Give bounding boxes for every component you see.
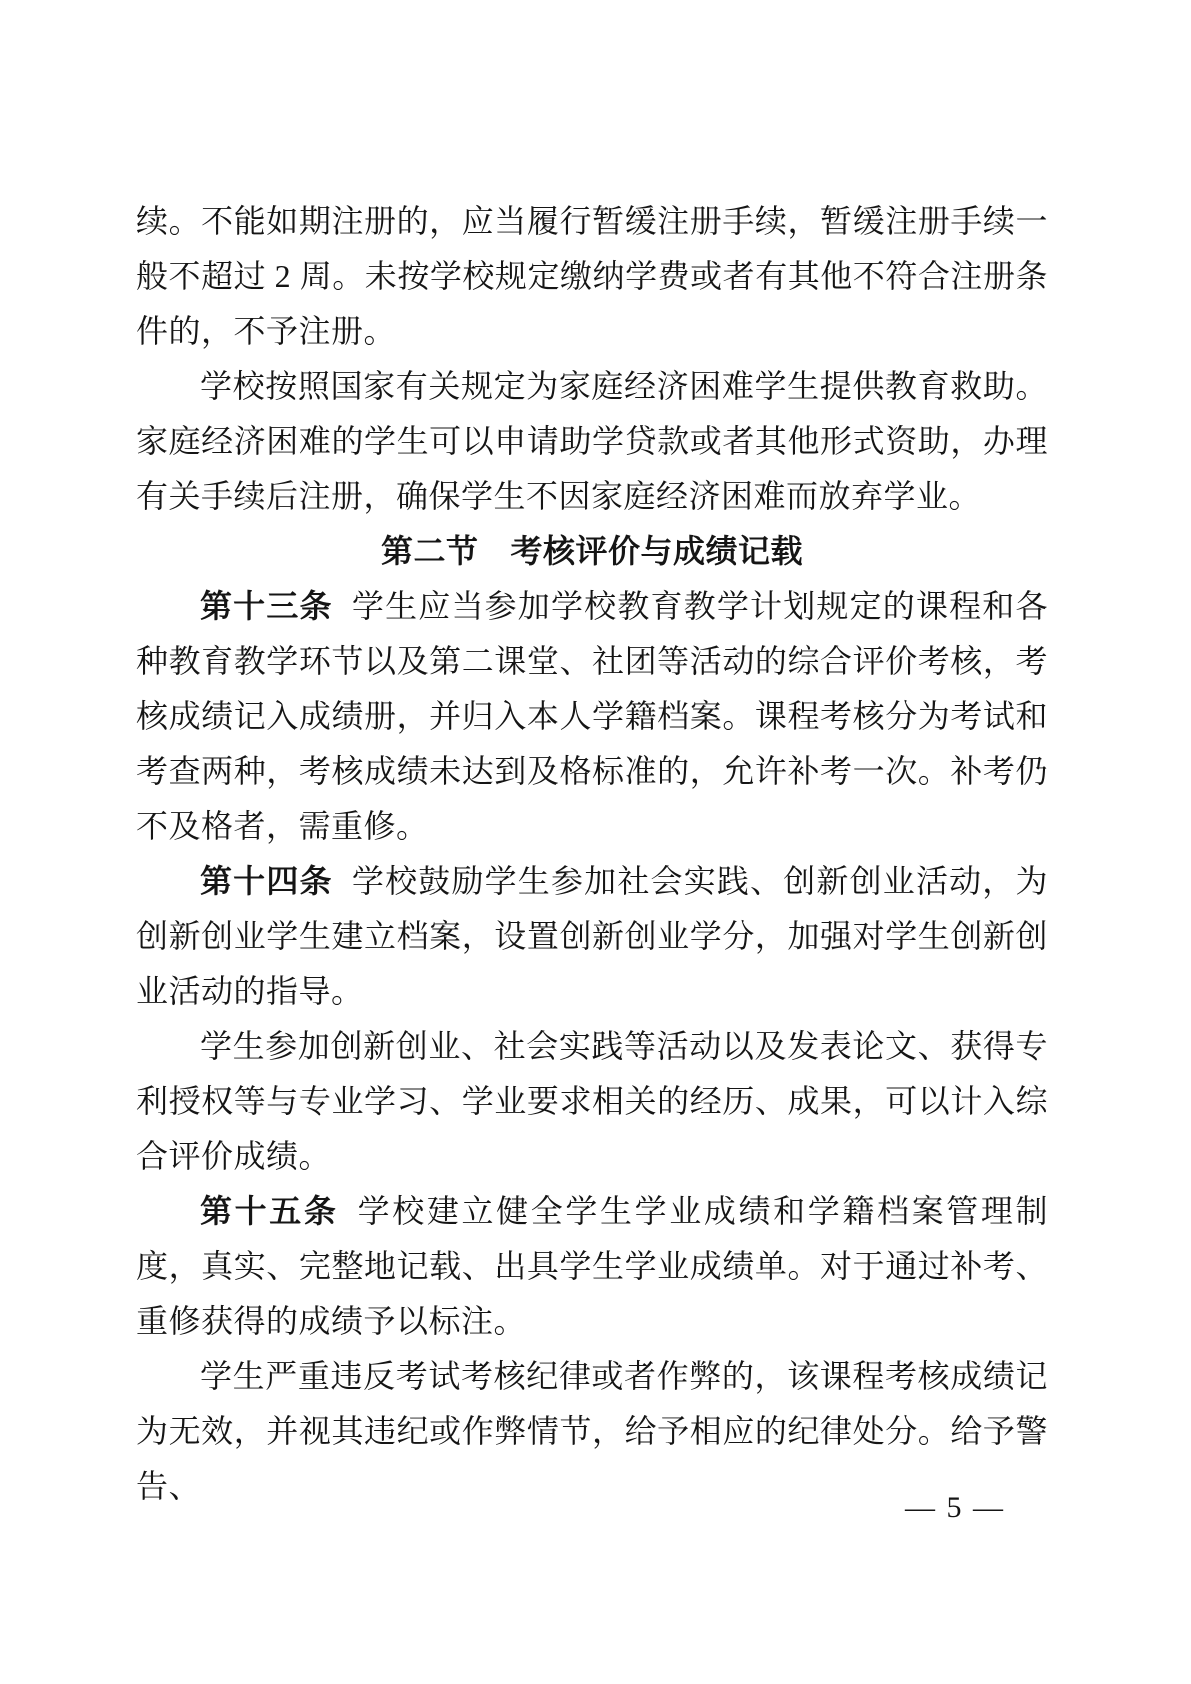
article-13-number: 第十三条 — [200, 588, 333, 624]
paragraph-article-15: 第十五条学校建立健全学生学业成绩和学籍档案管理制度，真实、完整地记载、出具学生学… — [136, 1184, 1048, 1349]
article-13-text: 学生应当参加学校教育教学计划规定的课程和各种教育教学环节以及第二课堂、社团等活动… — [136, 588, 1048, 844]
paragraph-article-13: 第十三条学生应当参加学校教育教学计划规定的课程和各种教育教学环节以及第二课堂、社… — [136, 579, 1048, 854]
paragraph-after-article-14: 学生参加创新创业、社会实践等活动以及发表论文、获得专利授权等与专业学习、学业要求… — [136, 1019, 1048, 1184]
section-title: 考核评价与成绩记载 — [511, 533, 804, 569]
page-footer: — 5 — — [905, 1486, 1005, 1530]
paragraph-article-14: 第十四条学校鼓励学生参加社会实践、创新创业活动，为创新创业学生建立档案，设置创新… — [136, 854, 1048, 1019]
page-number: — 5 — — [905, 1491, 1005, 1524]
paragraph-financial-aid: 学校按照国家有关规定为家庭经济困难学生提供教育救助。家庭经济困难的学生可以申请助… — [136, 359, 1048, 524]
document-body: 续。不能如期注册的，应当履行暂缓注册手续，暂缓注册手续一般不超过 2 周。未按学… — [136, 194, 1048, 1514]
article-14-number: 第十四条 — [200, 863, 333, 899]
section-number: 第二节 — [381, 533, 479, 569]
paragraph-registration-continued: 续。不能如期注册的，应当履行暂缓注册手续，暂缓注册手续一般不超过 2 周。未按学… — [136, 194, 1048, 359]
document-page: 续。不能如期注册的，应当履行暂缓注册手续，暂缓注册手续一般不超过 2 周。未按学… — [0, 0, 1191, 1684]
article-15-number: 第十五条 — [200, 1193, 338, 1229]
section-heading: 第二节考核评价与成绩记载 — [136, 524, 1048, 579]
